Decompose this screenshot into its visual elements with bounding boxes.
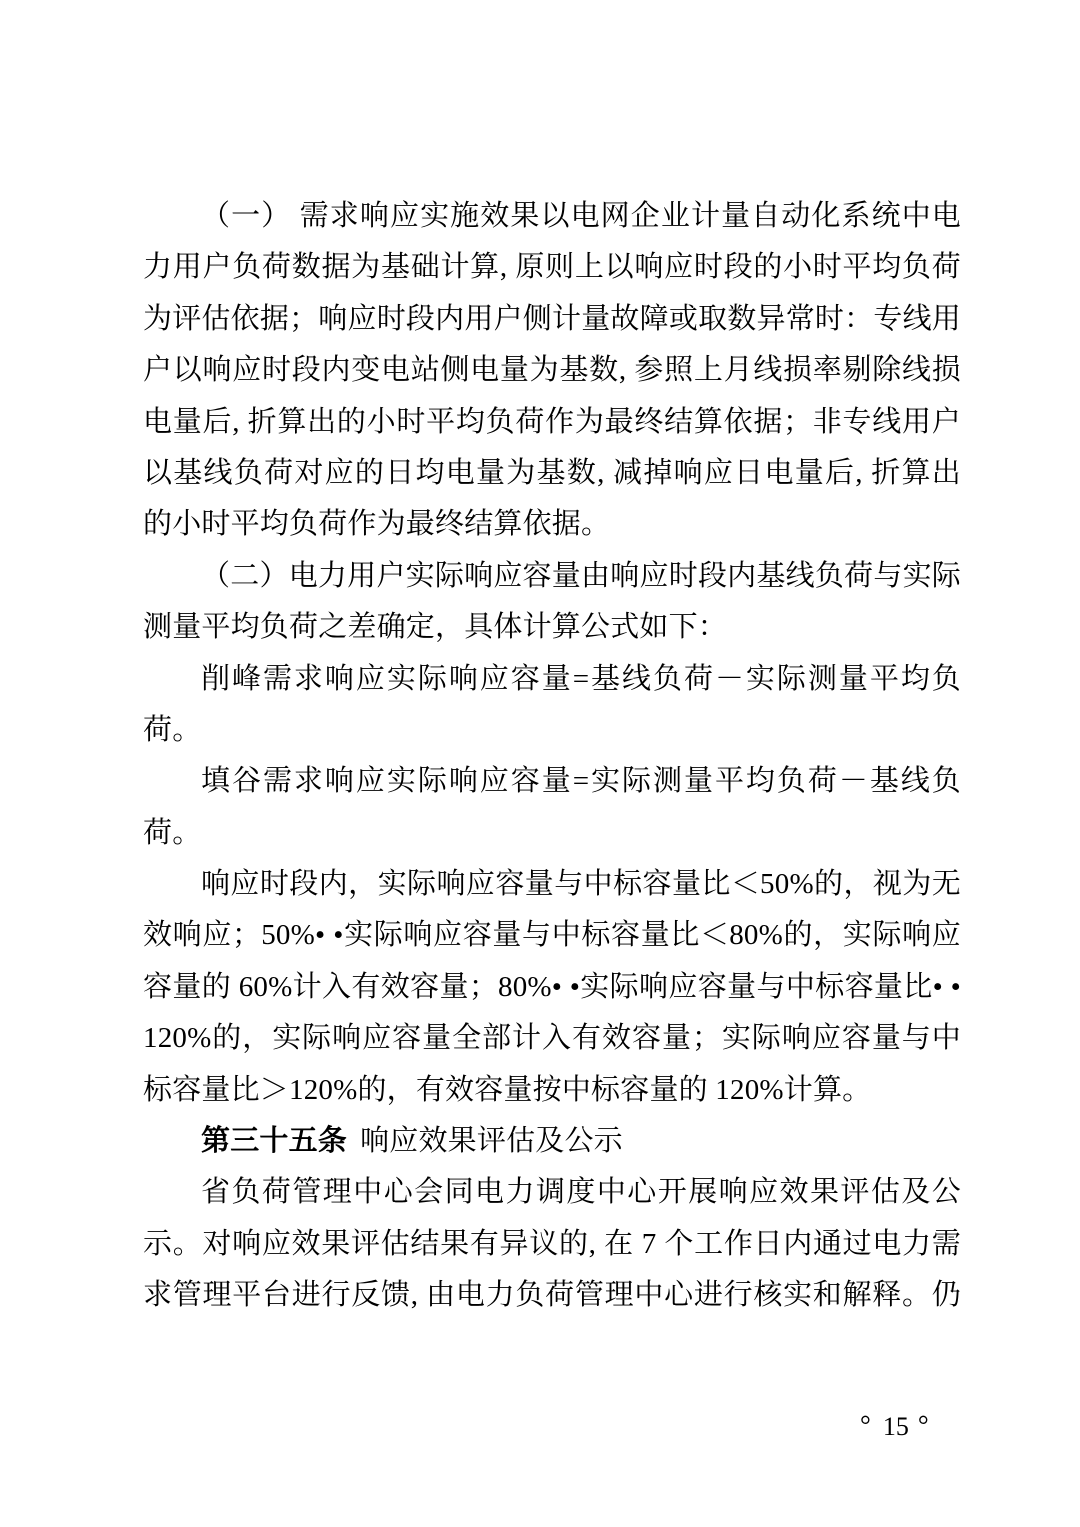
paragraph: 填谷需求响应实际响应容量=实际测量平均负荷－基线负 荷。 [143,756,961,859]
text-line: 120%的，实际响应容量全部计入有效容量；实际响应容量与中 [143,1013,961,1064]
text-line: （二）电力用户实际响应容量由响应时段内基线负荷与实际 [143,551,961,602]
page-number: 15 [883,1407,909,1447]
text-line: 为评估依据；响应时段内用户侧计量故障或取数异常时：专线用 [143,294,961,345]
text-line: 响应时段内，实际响应容量与中标容量比＜50%的，视为无 [143,859,961,910]
document-body: （一） 需求响应实施效果以电网企业计量自动化系统中电 力用户负荷数据为基础计算,… [143,191,961,1322]
paragraph: 第三十五条响应效果评估及公示 [143,1116,961,1167]
paragraph: （二）电力用户实际响应容量由响应时段内基线负荷与实际 测量平均负荷之差确定，具体… [143,551,961,654]
article-title: 响应效果评估及公示 [360,1125,623,1157]
text-line: 的小时平均负荷作为最终结算依据。 [143,499,961,550]
text-line: 以基线负荷对应的日均电量为基数, 减掉响应日电量后, 折算出 [143,448,961,499]
paragraph: 省负荷管理中心会同电力调度中心开展响应效果评估及公 示。对响应效果评估结果有异议… [143,1167,961,1321]
text-line: 填谷需求响应实际响应容量=实际测量平均负荷－基线负 [143,756,961,807]
text-line: 电量后, 折算出的小时平均负荷作为最终结算依据；非专线用户 [143,397,961,448]
text-line: 示。对响应效果评估结果有异议的, 在 7 个工作日内通过电力需 [143,1219,961,1270]
text-line: 效响应；50%• •实际响应容量与中标容量比＜80%的，实际响应 [143,910,961,961]
text-line: 求管理平台进行反馈, 由电力负荷管理中心进行核实和解释。仍 [143,1270,961,1321]
text-line: 荷。 [143,808,961,859]
article-heading: 第三十五条响应效果评估及公示 [143,1116,961,1167]
text-line: 削峰需求响应实际响应容量=基线负荷－实际测量平均负 [143,654,961,705]
paragraph: 削峰需求响应实际响应容量=基线负荷－实际测量平均负 荷。 [143,654,961,757]
text-line: 荷。 [143,705,961,756]
text-line: 力用户负荷数据为基础计算, 原则上以响应时段的小时平均负荷 [143,242,961,293]
page-footer: °15° [860,1405,929,1445]
footer-mark-left: ° [860,1410,871,1440]
text-line: 容量的 60%计入有效容量；80%• •实际响应容量与中标容量比• • [143,962,961,1013]
text-line: （一） 需求响应实施效果以电网企业计量自动化系统中电 [143,191,961,242]
document-page: （一） 需求响应实施效果以电网企业计量自动化系统中电 力用户负荷数据为基础计算,… [0,0,1080,1527]
text-line: 户以响应时段内变电站侧电量为基数, 参照上月线损率剔除线损 [143,345,961,396]
footer-mark-right: ° [918,1410,929,1440]
paragraph: （一） 需求响应实施效果以电网企业计量自动化系统中电 力用户负荷数据为基础计算,… [143,191,961,551]
paragraph: 响应时段内，实际响应容量与中标容量比＜50%的，视为无 效响应；50%• •实际… [143,859,961,1116]
article-number: 第三十五条 [201,1125,347,1157]
text-line: 省负荷管理中心会同电力调度中心开展响应效果评估及公 [143,1167,961,1218]
text-line: 标容量比＞120%的，有效容量按中标容量的 120%计算。 [143,1065,961,1116]
text-line: 测量平均负荷之差确定，具体计算公式如下： [143,602,961,653]
